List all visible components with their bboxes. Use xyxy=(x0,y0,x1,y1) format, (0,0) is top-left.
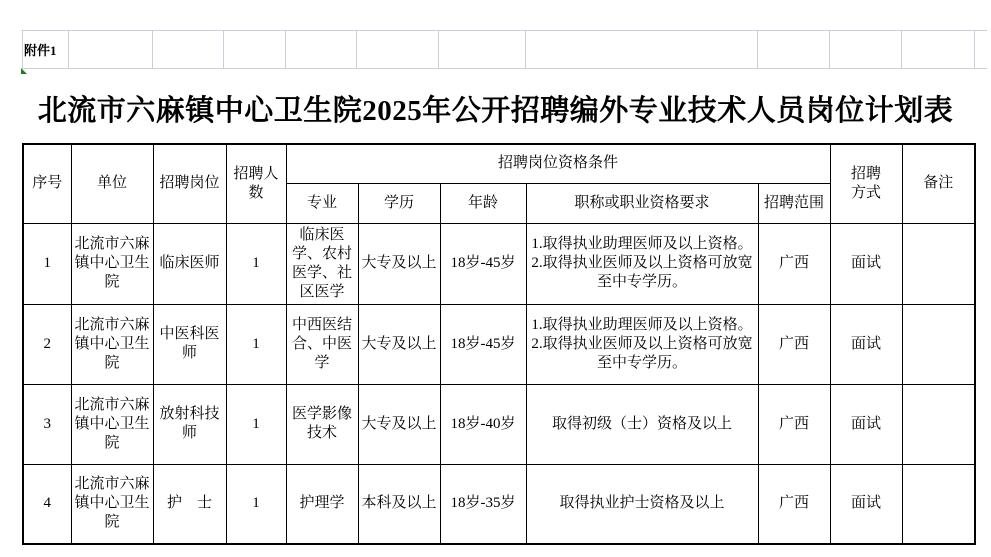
cell-certification: 取得执业护士资格及以上 xyxy=(526,464,758,544)
cell-age: 18岁-35岁 xyxy=(440,464,526,544)
cell-remark xyxy=(902,223,975,304)
cell-certification: 取得初级（士）资格及以上 xyxy=(526,384,758,464)
grid-line xyxy=(223,31,224,68)
spreadsheet-grid-row: 附件1 xyxy=(22,30,987,69)
page-title: 北流市六麻镇中心卫生院2025年公开招聘编外专业技术人员岗位计划表 xyxy=(0,88,991,129)
cell-method: 面试 xyxy=(830,384,902,464)
table-row: 2 北流市六麻镇中心卫生院 中医科医师 1 中西医结合、中医学 大专及以上 18… xyxy=(23,304,975,384)
cell-unit: 北流市六麻镇中心卫生院 xyxy=(71,304,153,384)
grid-line xyxy=(356,31,357,68)
grid-line xyxy=(974,31,975,68)
cell-unit: 北流市六麻镇中心卫生院 xyxy=(71,223,153,304)
grid-line xyxy=(901,31,902,68)
cell-education: 大专及以上 xyxy=(358,223,440,304)
grid-line xyxy=(22,31,23,68)
col-header-method: 招聘 方式 xyxy=(830,144,902,223)
cell-position: 临床医师 xyxy=(153,223,226,304)
table-row: 4 北流市六麻镇中心卫生院 护 士 1 护理学 本科及以上 18岁-35岁 取得… xyxy=(23,464,975,544)
cell-age: 18岁-45岁 xyxy=(440,223,526,304)
col-header-education: 学历 xyxy=(358,183,440,223)
grid-line xyxy=(757,31,758,68)
document-page: 附件1 北流市六麻镇中心卫生院2025年公开招聘编外专业技术人员岗位计划表 序号… xyxy=(0,0,991,557)
table-row: 1 北流市六麻镇中心卫生院 临床医师 1 临床医学、农村医学、社区医学 大专及以… xyxy=(23,223,975,304)
cell-seq: 1 xyxy=(23,223,71,304)
col-header-position: 招聘岗位 xyxy=(153,144,226,223)
cell-headcount: 1 xyxy=(226,223,286,304)
cell-headcount: 1 xyxy=(226,304,286,384)
grid-line xyxy=(152,31,153,68)
col-header-seq: 序号 xyxy=(23,144,71,223)
grid-line xyxy=(438,31,439,68)
col-header-age: 年龄 xyxy=(440,183,526,223)
recruitment-table: 序号 单位 招聘岗位 招聘人数 招聘岗位资格条件 招聘 方式 备注 专业 学历 … xyxy=(22,143,976,545)
cell-method: 面试 xyxy=(830,223,902,304)
cell-scope: 广西 xyxy=(758,464,830,544)
cell-scope: 广西 xyxy=(758,384,830,464)
cell-major: 临床医学、农村医学、社区医学 xyxy=(286,223,358,304)
table-row: 3 北流市六麻镇中心卫生院 放射科技师 1 医学影像技术 大专及以上 18岁-4… xyxy=(23,384,975,464)
cell-age: 18岁-40岁 xyxy=(440,384,526,464)
cell-major: 中西医结合、中医学 xyxy=(286,304,358,384)
col-header-qualification-group: 招聘岗位资格条件 xyxy=(286,144,830,183)
cell-remark xyxy=(902,384,975,464)
col-header-scope: 招聘范围 xyxy=(758,183,830,223)
grid-line xyxy=(68,31,69,68)
cell-unit: 北流市六麻镇中心卫生院 xyxy=(71,464,153,544)
cell-method: 面试 xyxy=(830,464,902,544)
cell-major: 医学影像技术 xyxy=(286,384,358,464)
col-header-headcount: 招聘人数 xyxy=(226,144,286,223)
cell-scope: 广西 xyxy=(758,304,830,384)
col-header-certification: 职称或职业资格要求 xyxy=(526,183,758,223)
cell-major: 护理学 xyxy=(286,464,358,544)
grid-line xyxy=(829,31,830,68)
cell-age: 18岁-45岁 xyxy=(440,304,526,384)
cell-headcount: 1 xyxy=(226,464,286,544)
cell-method: 面试 xyxy=(830,304,902,384)
col-header-remark: 备注 xyxy=(902,144,975,223)
cell-position: 放射科技师 xyxy=(153,384,226,464)
cell-headcount: 1 xyxy=(226,384,286,464)
cell-seq: 4 xyxy=(23,464,71,544)
col-header-unit: 单位 xyxy=(71,144,153,223)
grid-line xyxy=(525,31,526,68)
table-header-row: 序号 单位 招聘岗位 招聘人数 招聘岗位资格条件 招聘 方式 备注 xyxy=(23,144,975,183)
cell-certification: 1.取得执业助理医师及以上资格。 2.取得执业医师及以上资格可放宽至中专学历。 xyxy=(526,223,758,304)
cell-unit: 北流市六麻镇中心卫生院 xyxy=(71,384,153,464)
cell-scope: 广西 xyxy=(758,223,830,304)
cell-seq: 3 xyxy=(23,384,71,464)
cell-seq: 2 xyxy=(23,304,71,384)
attachment-label: 附件1 xyxy=(24,31,68,68)
cell-position: 中医科医师 xyxy=(153,304,226,384)
cell-certification: 1.取得执业助理医师及以上资格。 2.取得执业医师及以上资格可放宽至中专学历。 xyxy=(526,304,758,384)
cell-remark xyxy=(902,304,975,384)
col-header-major: 专业 xyxy=(286,183,358,223)
cell-education: 本科及以上 xyxy=(358,464,440,544)
cell-education: 大专及以上 xyxy=(358,384,440,464)
grid-line xyxy=(285,31,286,68)
cell-position: 护 士 xyxy=(153,464,226,544)
cell-education: 大专及以上 xyxy=(358,304,440,384)
cell-remark xyxy=(902,464,975,544)
